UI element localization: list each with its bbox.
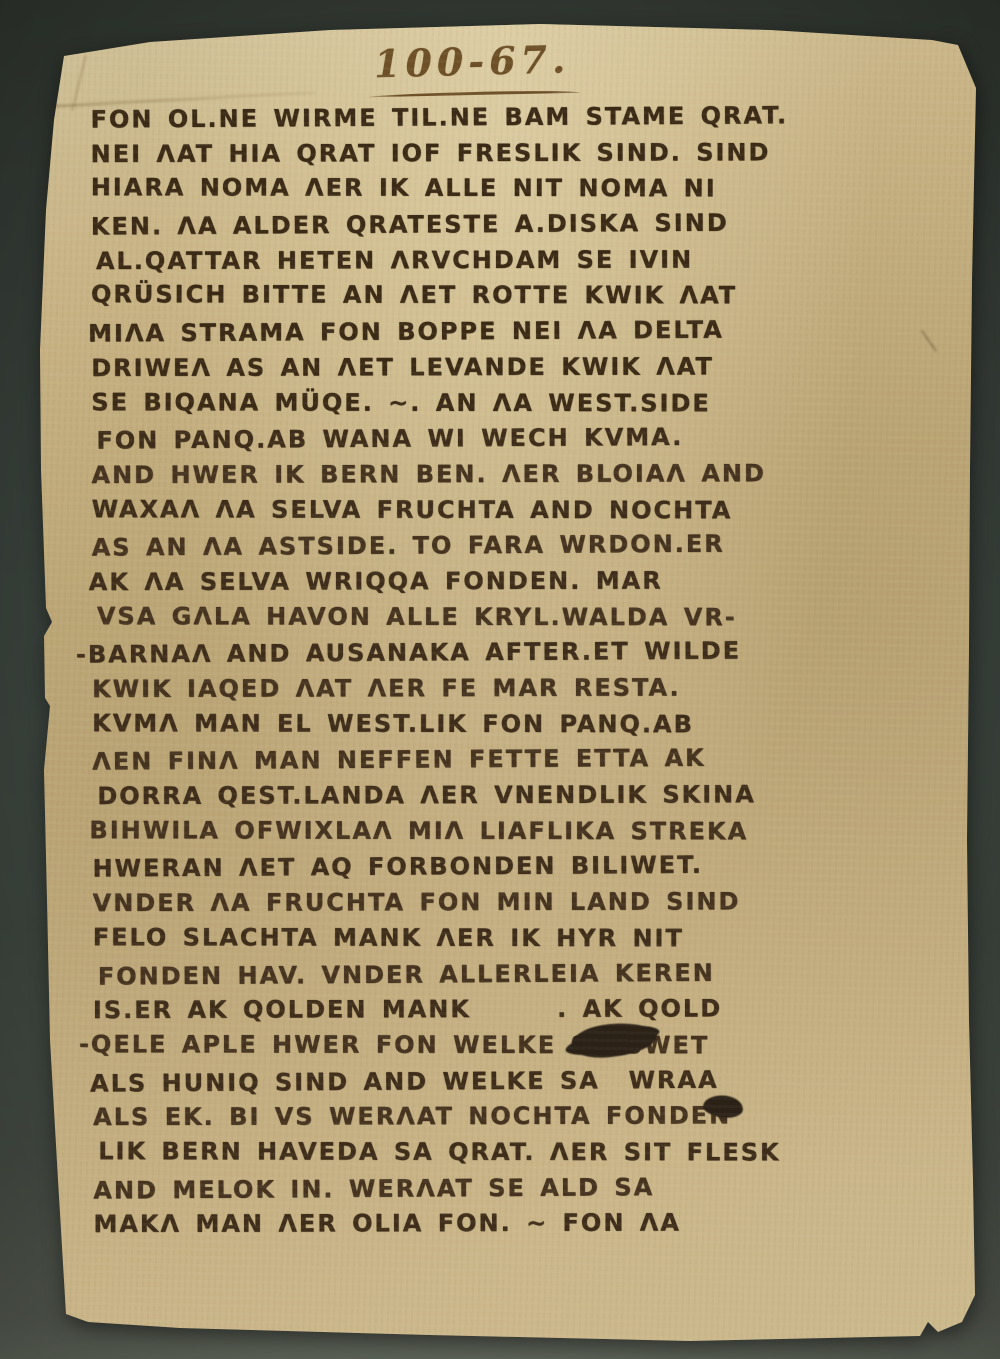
manuscript-line: ΛEN FINΛ MAN NEFFEN FETTE ETTA AK xyxy=(92,740,942,781)
manuscript-line: FONDEN HAV. VNDER ALLERLEIA KEREN xyxy=(98,954,943,995)
manuscript-line: AS AN ΛA ASTSIDE. TO FARA WRDON.ER xyxy=(92,526,942,567)
manuscript-line: LIK BERN HAVEDA SA QRAT. ΛER SIT FLESK xyxy=(98,1134,943,1171)
manuscript-line: VSA GΛLA HAVON ALLE KRYL.WALDA VR- xyxy=(97,599,942,636)
manuscript-line: DORRA QEST.LANDA ΛER VNENDLIK SKINA xyxy=(97,777,942,815)
manuscript-line: VNDER ΛA FRUCHTA FON MIN LAND SIND xyxy=(93,884,943,922)
manuscript-line: ALS EK. BI VS WERΛAT NOCHTA FONDEN xyxy=(93,1098,943,1136)
manuscript-line: AK ΛA SELVA WRIQQA FONDEN. MAR xyxy=(89,563,942,601)
manuscript-line: BIHWILA OFWIXLAΛ MIΛ LIAFLIKA STREKA xyxy=(89,813,942,850)
manuscript-line: KWIK IAQED ΛAT ΛER FE MAR RESTA. xyxy=(92,670,942,708)
manuscript-line: DRIWEΛ AS AN ΛET LEVANDE KWIK ΛAT xyxy=(91,349,941,387)
manuscript-line: KVMΛ MAN EL WEST.LIK FON PANQ.AB xyxy=(92,706,942,743)
manuscript-text: FON OL.NE WIRME TIL.NE BAM STAME QRAT. N… xyxy=(91,99,944,1243)
manuscript-line: MIΛA STRAMA FON BOPPE NEI ΛA DELTA xyxy=(88,312,941,353)
manuscript-line: KEN. ΛA ALDER QRATESTE A.DISKA SIND xyxy=(91,204,941,245)
manuscript-line: NEI ΛAT HIA QRAT IOF FRESLIK SIND. SIND xyxy=(91,135,941,173)
manuscript-line: ALS HUNIQ SIND AND WELKE SA WRAA xyxy=(90,1061,943,1102)
manuscript-line: FON OL.NE WIRME TIL.NE BAM STAME QRAT. xyxy=(90,97,940,138)
page-number-underline xyxy=(368,90,580,97)
manuscript-line: QRÜSICH BITTE AN ΛET ROTTE KWIK ΛAT xyxy=(91,278,941,315)
manuscript-line: AL.QATTAR HETEN ΛRVCHDAM SE IVIN xyxy=(96,242,941,280)
manuscript-page-wrapper: 100-67. FON OL.NE WIRME TIL.NE BAM STAME… xyxy=(36,22,980,1344)
manuscript-line: IS.ER AK QOLDEN MANK . AK QOLD xyxy=(93,991,943,1029)
manuscript-line: AND HWER IK BERN BEN. ΛER BLOIAΛ AND xyxy=(91,456,941,494)
manuscript-line: HIARA NOMA ΛER IK ALLE NIT NOMA NI xyxy=(91,171,941,208)
manuscript-line: HWERAN ΛET AQ FORBONDEN BILIWET. xyxy=(92,847,942,888)
page-number: 100-67. xyxy=(373,35,634,87)
manuscript-page: 100-67. FON OL.NE WIRME TIL.NE BAM STAME… xyxy=(36,22,980,1344)
manuscript-line: FON PANQ.AB WANA WI WECH KVMA. xyxy=(96,419,941,460)
manuscript-line: -BARNAΛ AND AUSANAKA AFTER.ET WILDE xyxy=(76,633,942,674)
manuscript-line: AND MELOK IN. WERΛAT SE ALD SA xyxy=(93,1168,943,1209)
manuscript-line: -QELE APLE HWER FON WELKE SA SWET xyxy=(79,1027,943,1064)
manuscript-line: WAXAΛ ΛA SELVA FRUCHTA AND NOCHTA xyxy=(92,492,942,529)
manuscript-line: SE BIQANA MÜQE. ~. AN ΛA WEST.SIDE xyxy=(91,385,941,422)
fold-crease-corner xyxy=(71,55,87,112)
manuscript-line: FELO SLACHTA MANK ΛER IK HYR NIT xyxy=(93,920,943,957)
manuscript-line: MAKΛ MAN ΛER OLIA FON. ~ FON ΛA xyxy=(93,1205,943,1243)
